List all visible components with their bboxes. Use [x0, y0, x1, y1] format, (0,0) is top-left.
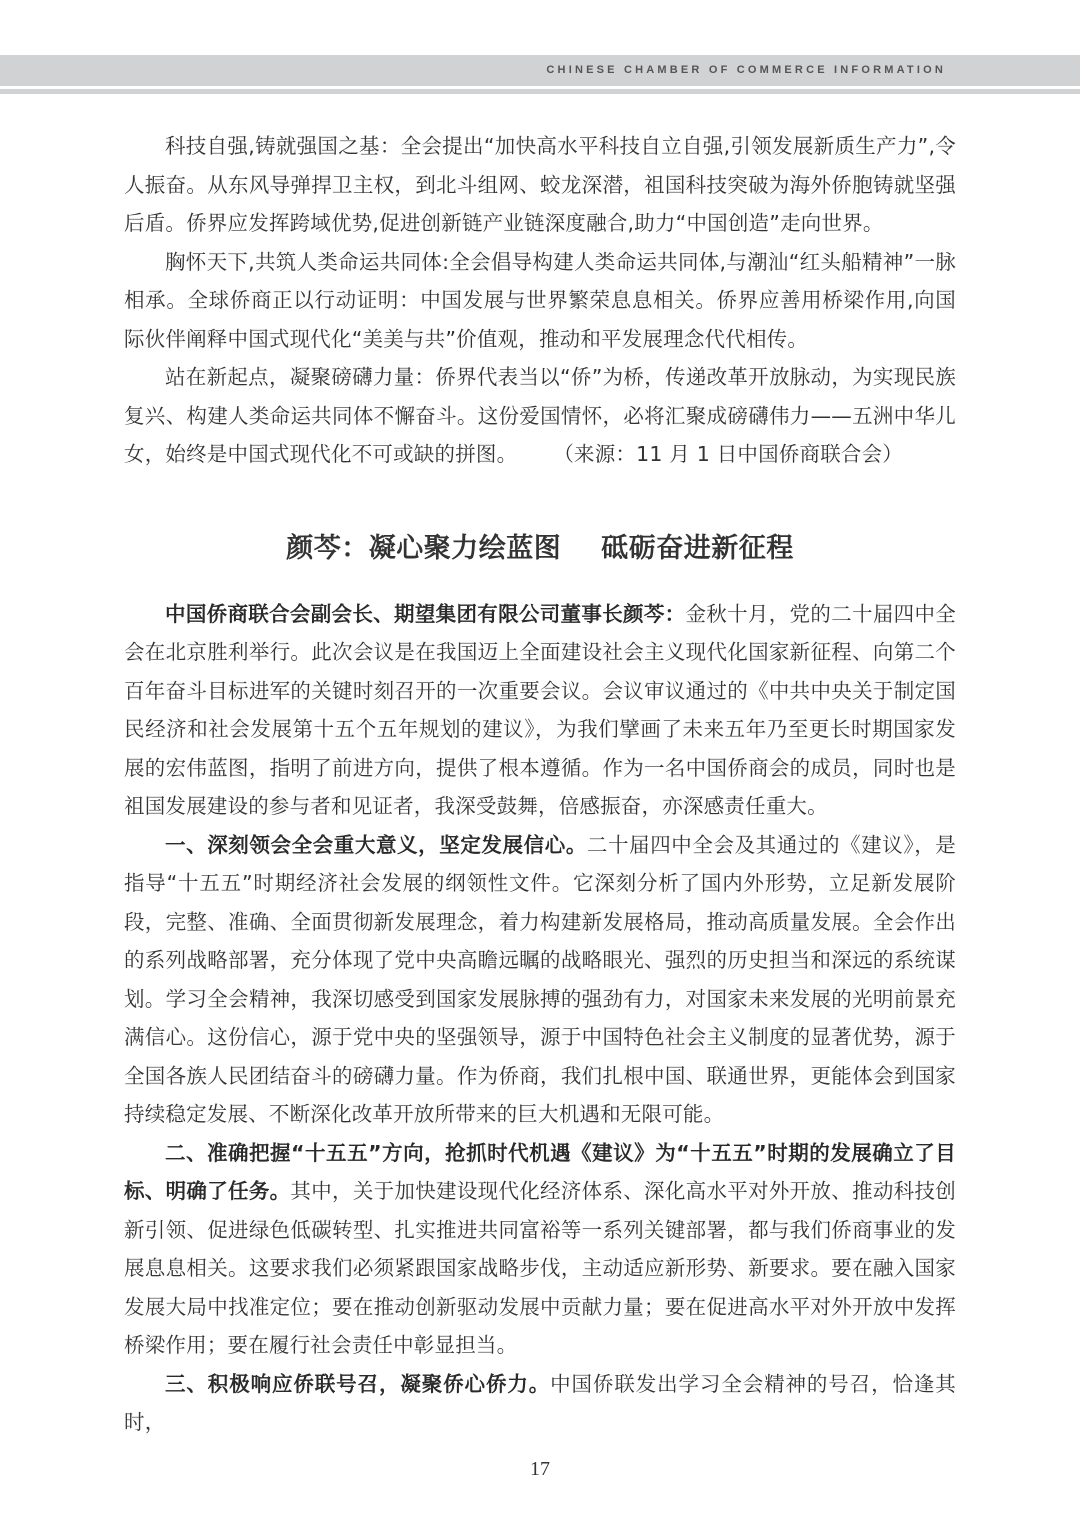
publication-title: CHINESE CHAMBER OF COMMERCE INFORMATION [546, 64, 946, 76]
paragraph: 一、深刻领会全会重大意义，坚定发展信心。二十届四中全会及其通过的《建议》，是指导… [124, 826, 956, 1134]
article: 颜芩：凝心聚力绘蓝图砥砺奋进新征程 中国侨商联合会副会长、期望集团有限公司董事长… [124, 526, 956, 1442]
paragraph: 三、积极响应侨联号召，凝聚侨心侨力。中国侨联发出学习全会精神的号召，恰逢其时， [124, 1365, 956, 1442]
paragraph-text: 其中，关于加快建设现代化经济体系、深化高水平对外开放、推动科技创新引领、促进绿色… [124, 1179, 956, 1357]
paragraph-lead: 一、深刻领会全会重大意义，坚定发展信心。 [165, 833, 587, 857]
paragraph-text: 二十届四中全会及其通过的《建议》，是指导“十五五”时期经济社会发展的纲领性文件。… [124, 833, 956, 1127]
paragraph-lead: 三、积极响应侨联号召，凝聚侨心侨力。 [165, 1372, 550, 1396]
article-title: 颜芩：凝心聚力绘蓝图砥砺奋进新征程 [124, 526, 956, 565]
paragraph: 中国侨商联合会副会长、期望集团有限公司董事长颜芩：金秋十月，党的二十届四中全会在… [124, 595, 956, 826]
paragraph: 站在新起点，凝聚磅礴力量：侨界代表当以“侨”为桥，传递改革开放脉动，为实现民族复… [124, 358, 956, 474]
previous-article-continuation: 科技自强,铸就强国之基：全会提出“加快高水平科技自立自强,引领发展新质生产力”,… [124, 127, 956, 474]
paragraph: 二、准确把握“十五五”方向，抢抓时代机遇《建议》为“十五五”时期的发展确立了目标… [124, 1134, 956, 1365]
paragraph-text: 胸怀天下,共筑人类命运共同体:全会倡导构建人类命运共同体,与潮汕“红头船精神”一… [124, 250, 956, 351]
article-title-part2: 砥砺奋进新征程 [601, 533, 794, 564]
paragraph-lead: 中国侨商联合会副会长、期望集团有限公司董事长颜芩： [165, 602, 685, 626]
paragraph-text: 金秋十月，党的二十届四中全会在北京胜利举行。此次会议是在我国迈上全面建设社会主义… [124, 602, 956, 819]
source-citation: （来源：11 月 1 日中国侨商联合会） [553, 442, 903, 466]
article-title-part1: 颜芩：凝心聚力绘蓝图 [286, 533, 561, 564]
header-divider [0, 89, 1080, 94]
page-number: 17 [0, 1458, 1080, 1481]
paragraph: 科技自强,铸就强国之基：全会提出“加快高水平科技自立自强,引领发展新质生产力”,… [124, 127, 956, 243]
paragraph: 胸怀天下,共筑人类命运共同体:全会倡导构建人类命运共同体,与潮汕“红头船精神”一… [124, 243, 956, 359]
page-content: 科技自强,铸就强国之基：全会提出“加快高水平科技自立自强,引领发展新质生产力”,… [124, 127, 956, 1442]
paragraph-text: 科技自强,铸就强国之基：全会提出“加快高水平科技自立自强,引领发展新质生产力”,… [124, 134, 956, 235]
